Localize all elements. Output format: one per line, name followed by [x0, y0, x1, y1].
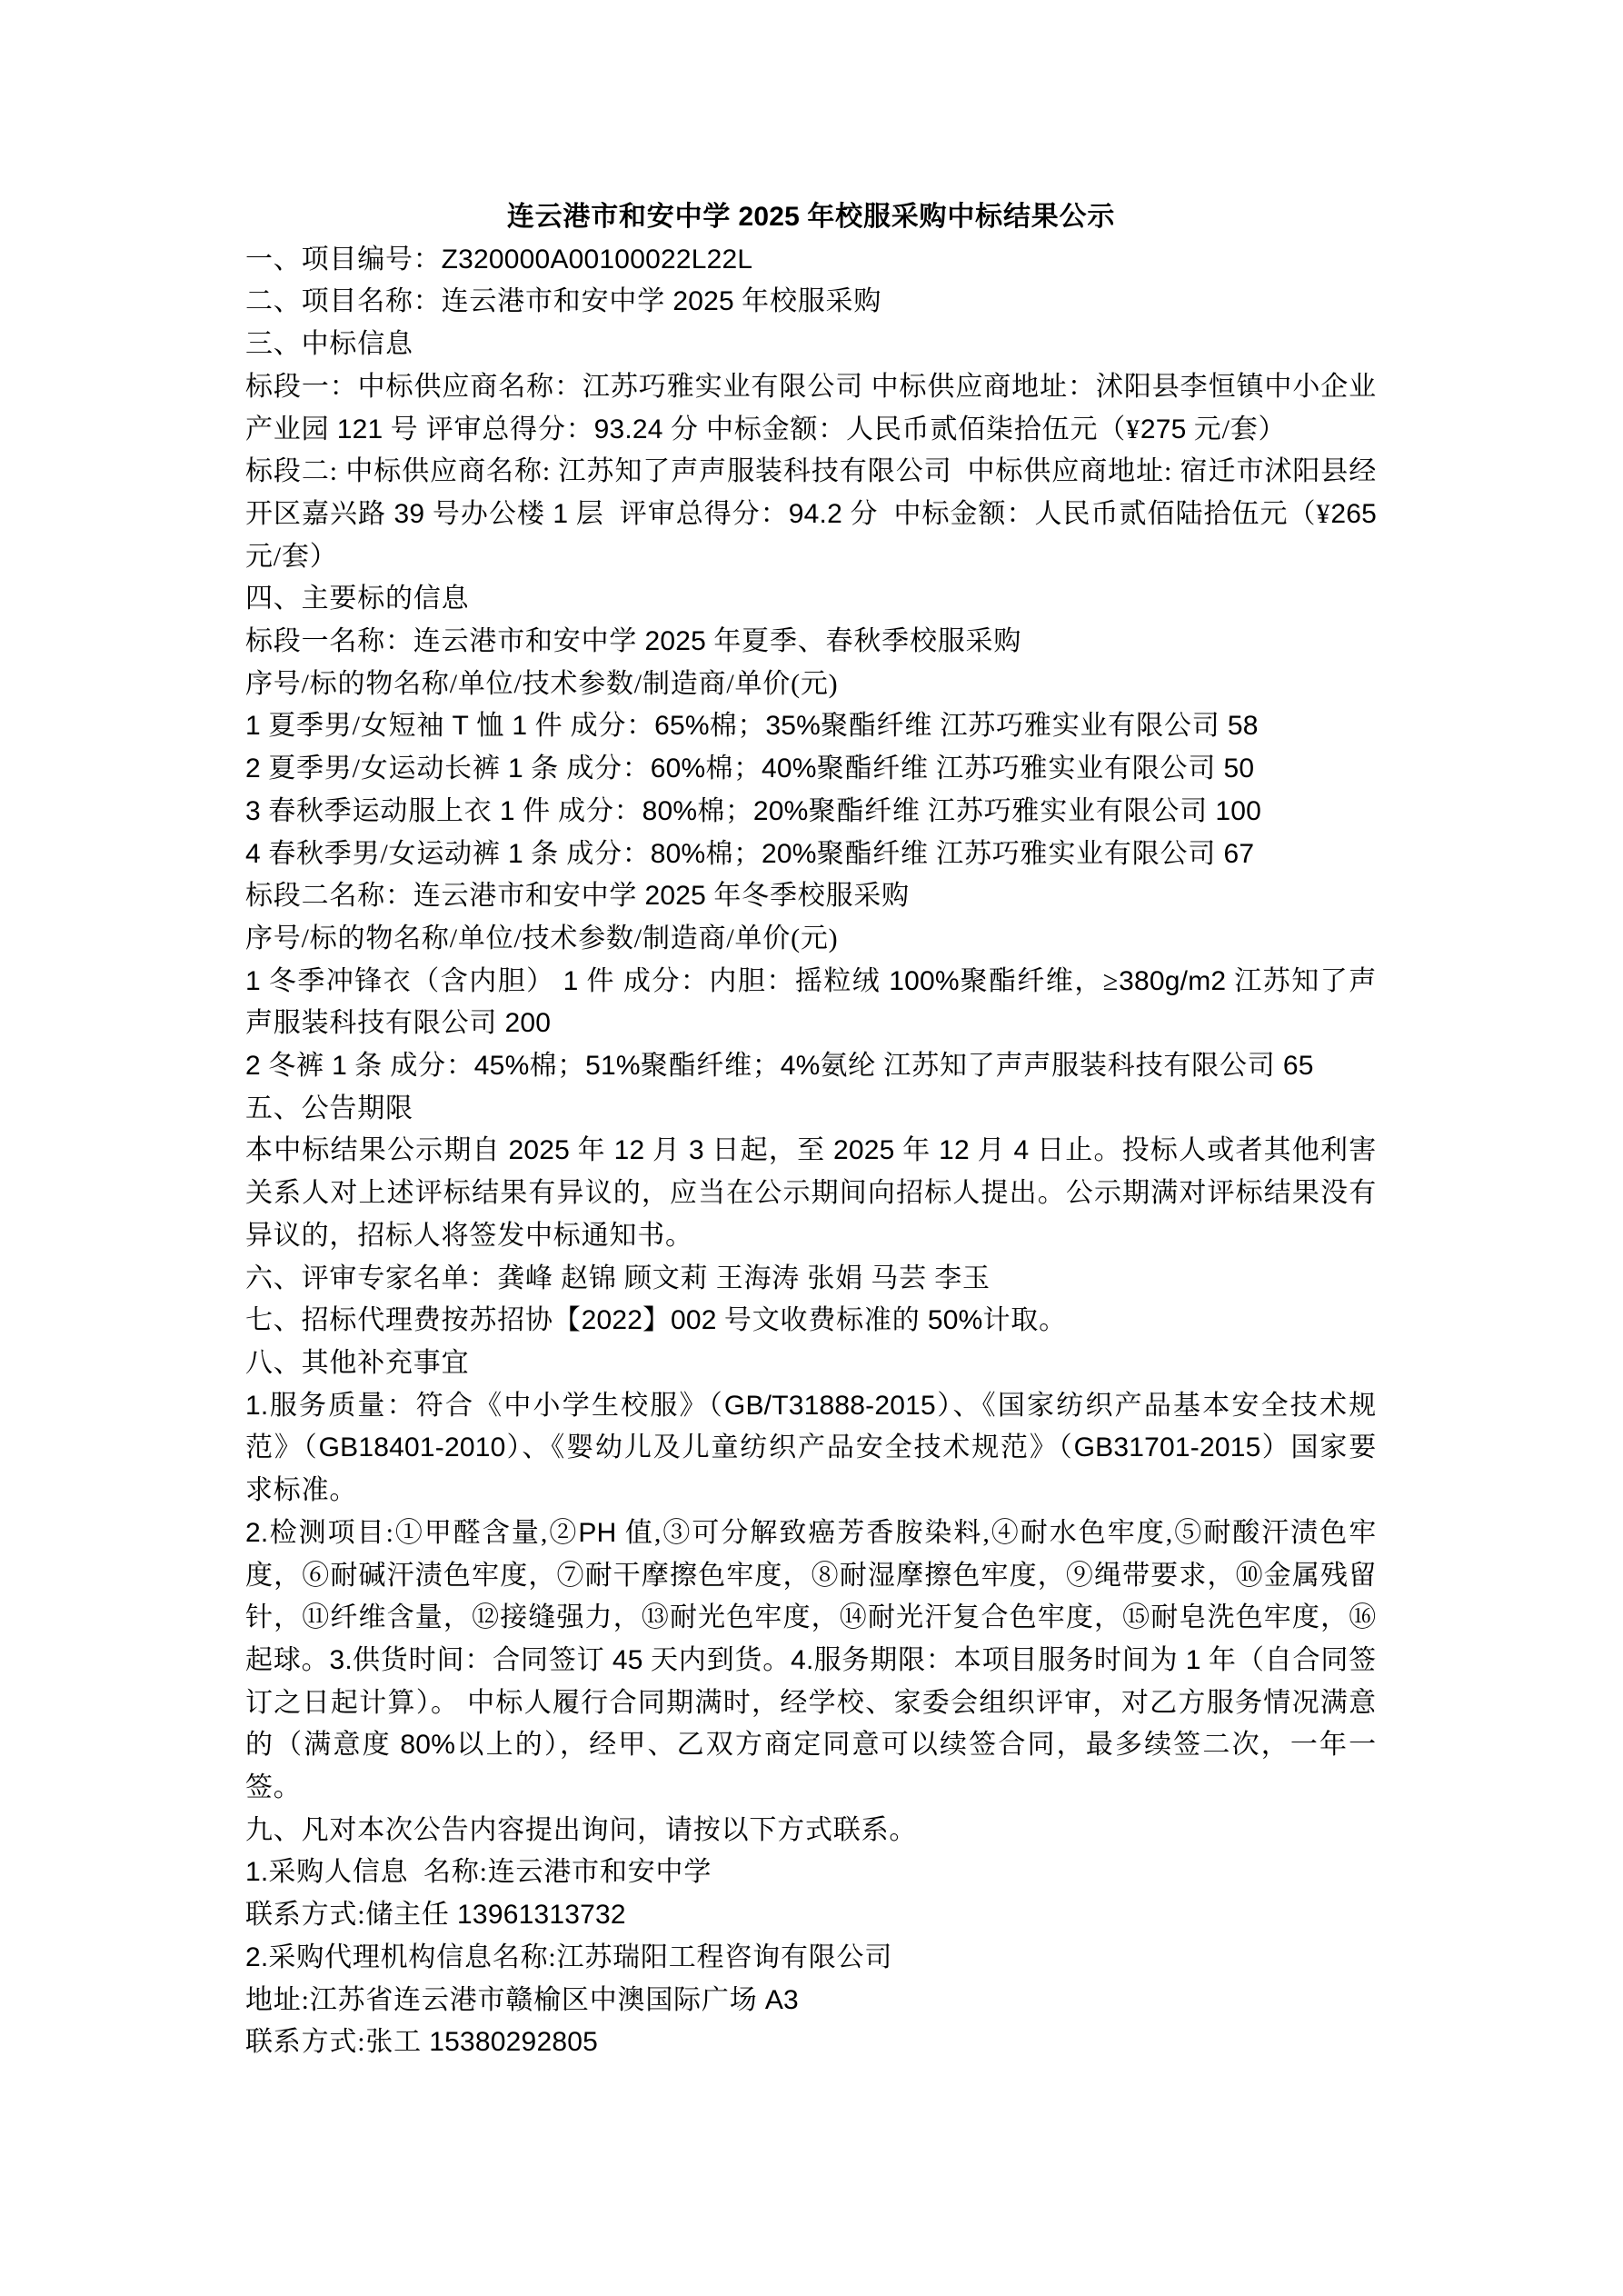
paragraph: 标段二: 中标供应商名称: 江苏知了声声服装科技有限公司 中标供应商地址: 宿迁…	[245, 451, 1377, 578]
paragraph: 1 夏季男/女短袖 T 恤 1 件 成分：65%棉；35%聚酯纤维 江苏巧雅实业…	[245, 705, 1377, 748]
paragraph: 联系方式:储主任 13961313732	[245, 1894, 1377, 1937]
paragraph: 七、招标代理费按苏招协【2022】002 号文收费标准的 50%计取。	[245, 1300, 1377, 1343]
paragraph: 二、项目名称：连云港市和安中学 2025 年校服采购	[245, 281, 1377, 324]
paragraph: 三、中标信息	[245, 324, 1377, 366]
document-body: 一、项目编号：Z320000A00100022L22L二、项目名称：连云港市和安…	[245, 239, 1377, 2064]
paragraph: 3 春秋季运动服上衣 1 件 成分：80%棉；20%聚酯纤维 江苏巧雅实业有限公…	[245, 791, 1377, 834]
paragraph: 联系方式:张工 15380292805	[245, 2021, 1377, 2064]
paragraph: 八、其他补充事宜	[245, 1343, 1377, 1385]
paragraph: 2 夏季男/女运动长裤 1 条 成分：60%棉；40%聚酯纤维 江苏巧雅实业有限…	[245, 748, 1377, 791]
paragraph: 四、主要标的信息	[245, 578, 1377, 621]
paragraph: 标段二名称：连云港市和安中学 2025 年冬季校服采购	[245, 875, 1377, 918]
paragraph: 标段一：中标供应商名称：江苏巧雅实业有限公司 中标供应商地址：沭阳县李恒镇中小企…	[245, 366, 1377, 451]
paragraph: 2.检测项目:①甲醛含量,②PH 值,③可分解致癌芳香胺染料,④耐水色牢度,⑤耐…	[245, 1512, 1377, 1810]
paragraph: 地址:江苏省连云港市赣榆区中澳国际广场 A3	[245, 1980, 1377, 2022]
paragraph: 九、凡对本次公告内容提出询问，请按以下方式联系。	[245, 1810, 1377, 1852]
document-page: 连云港市和安中学 2025 年校服采购中标结果公示 一、项目编号：Z320000…	[0, 0, 1623, 2296]
paragraph: 五、公告期限	[245, 1088, 1377, 1131]
paragraph: 1 冬季冲锋衣（含内胆） 1 件 成分：内胆：摇粒绒 100%聚酯纤维，≥380…	[245, 961, 1377, 1045]
paragraph: 序号/标的物名称/单位/技术参数/制造商/单价(元)	[245, 664, 1377, 706]
document-title: 连云港市和安中学 2025 年校服采购中标结果公示	[245, 196, 1377, 239]
paragraph: 2 冬裤 1 条 成分：45%棉；51%聚酯纤维；4%氨纶 江苏知了声声服装科技…	[245, 1045, 1377, 1088]
paragraph: 1.服务质量：符合《中小学生校服》（GB/T31888-2015）、《国家纺织产…	[245, 1385, 1377, 1512]
paragraph: 4 春秋季男/女运动裤 1 条 成分：80%棉；20%聚酯纤维 江苏巧雅实业有限…	[245, 834, 1377, 876]
paragraph: 标段一名称：连云港市和安中学 2025 年夏季、春秋季校服采购	[245, 621, 1377, 664]
paragraph: 序号/标的物名称/单位/技术参数/制造商/单价(元)	[245, 918, 1377, 961]
paragraph: 1.采购人信息 名称:连云港市和安中学	[245, 1852, 1377, 1894]
paragraph: 本中标结果公示期自 2025 年 12 月 3 日起，至 2025 年 12 月…	[245, 1130, 1377, 1257]
paragraph: 2.采购代理机构信息名称:江苏瑞阳工程咨询有限公司	[245, 1937, 1377, 1980]
paragraph: 六、评审专家名单：龚峰 赵锦 顾文莉 王海涛 张娟 马芸 李玉	[245, 1258, 1377, 1301]
paragraph: 一、项目编号：Z320000A00100022L22L	[245, 239, 1377, 282]
